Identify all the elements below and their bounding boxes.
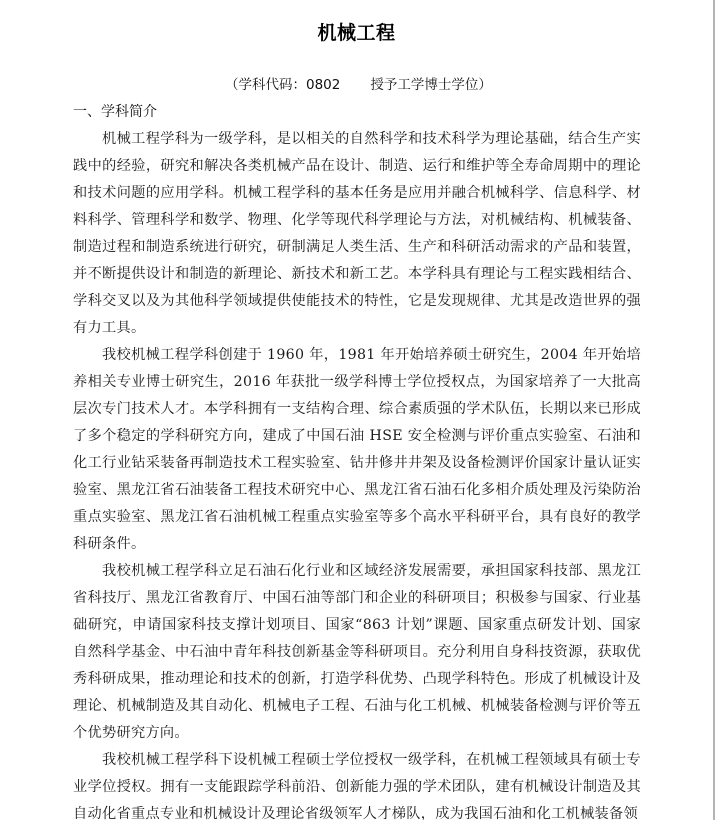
discipline-subtitle: （学科代码：0802授予工学博士学位） <box>225 73 492 93</box>
paragraph-research: 我校机械工程学科立足石油石化行业和区域经济发展需要，承担国家科技部、黑龙江省科技… <box>73 558 641 747</box>
document-page: 机械工程 （学科代码：0802授予工学博士学位） 一、学科简介 机械工程学科为一… <box>0 0 715 820</box>
paragraph-overview: 机械工程学科为一级学科，是以相关的自然科学和技术科学为理论基础，结合生产实践中的… <box>73 126 641 342</box>
section-body: 机械工程学科为一级学科，是以相关的自然科学和技术科学为理论基础，结合生产实践中的… <box>73 126 641 820</box>
discipline-code: （学科代码：0802 <box>225 77 340 93</box>
degree-type: 授予工学博士学位） <box>370 77 492 93</box>
paragraph-history: 我校机械工程学科创建于 1960 年，1981 年开始培养硕士研究生，2004 … <box>73 342 641 558</box>
document-title: 机械工程 <box>0 18 713 45</box>
paragraph-degrees: 我校机械工程学科下设机械工程硕士学位授权一级学科，在机械工程领域具有硕士专业学位… <box>73 747 641 820</box>
section-heading: 一、学科简介 <box>73 101 157 121</box>
